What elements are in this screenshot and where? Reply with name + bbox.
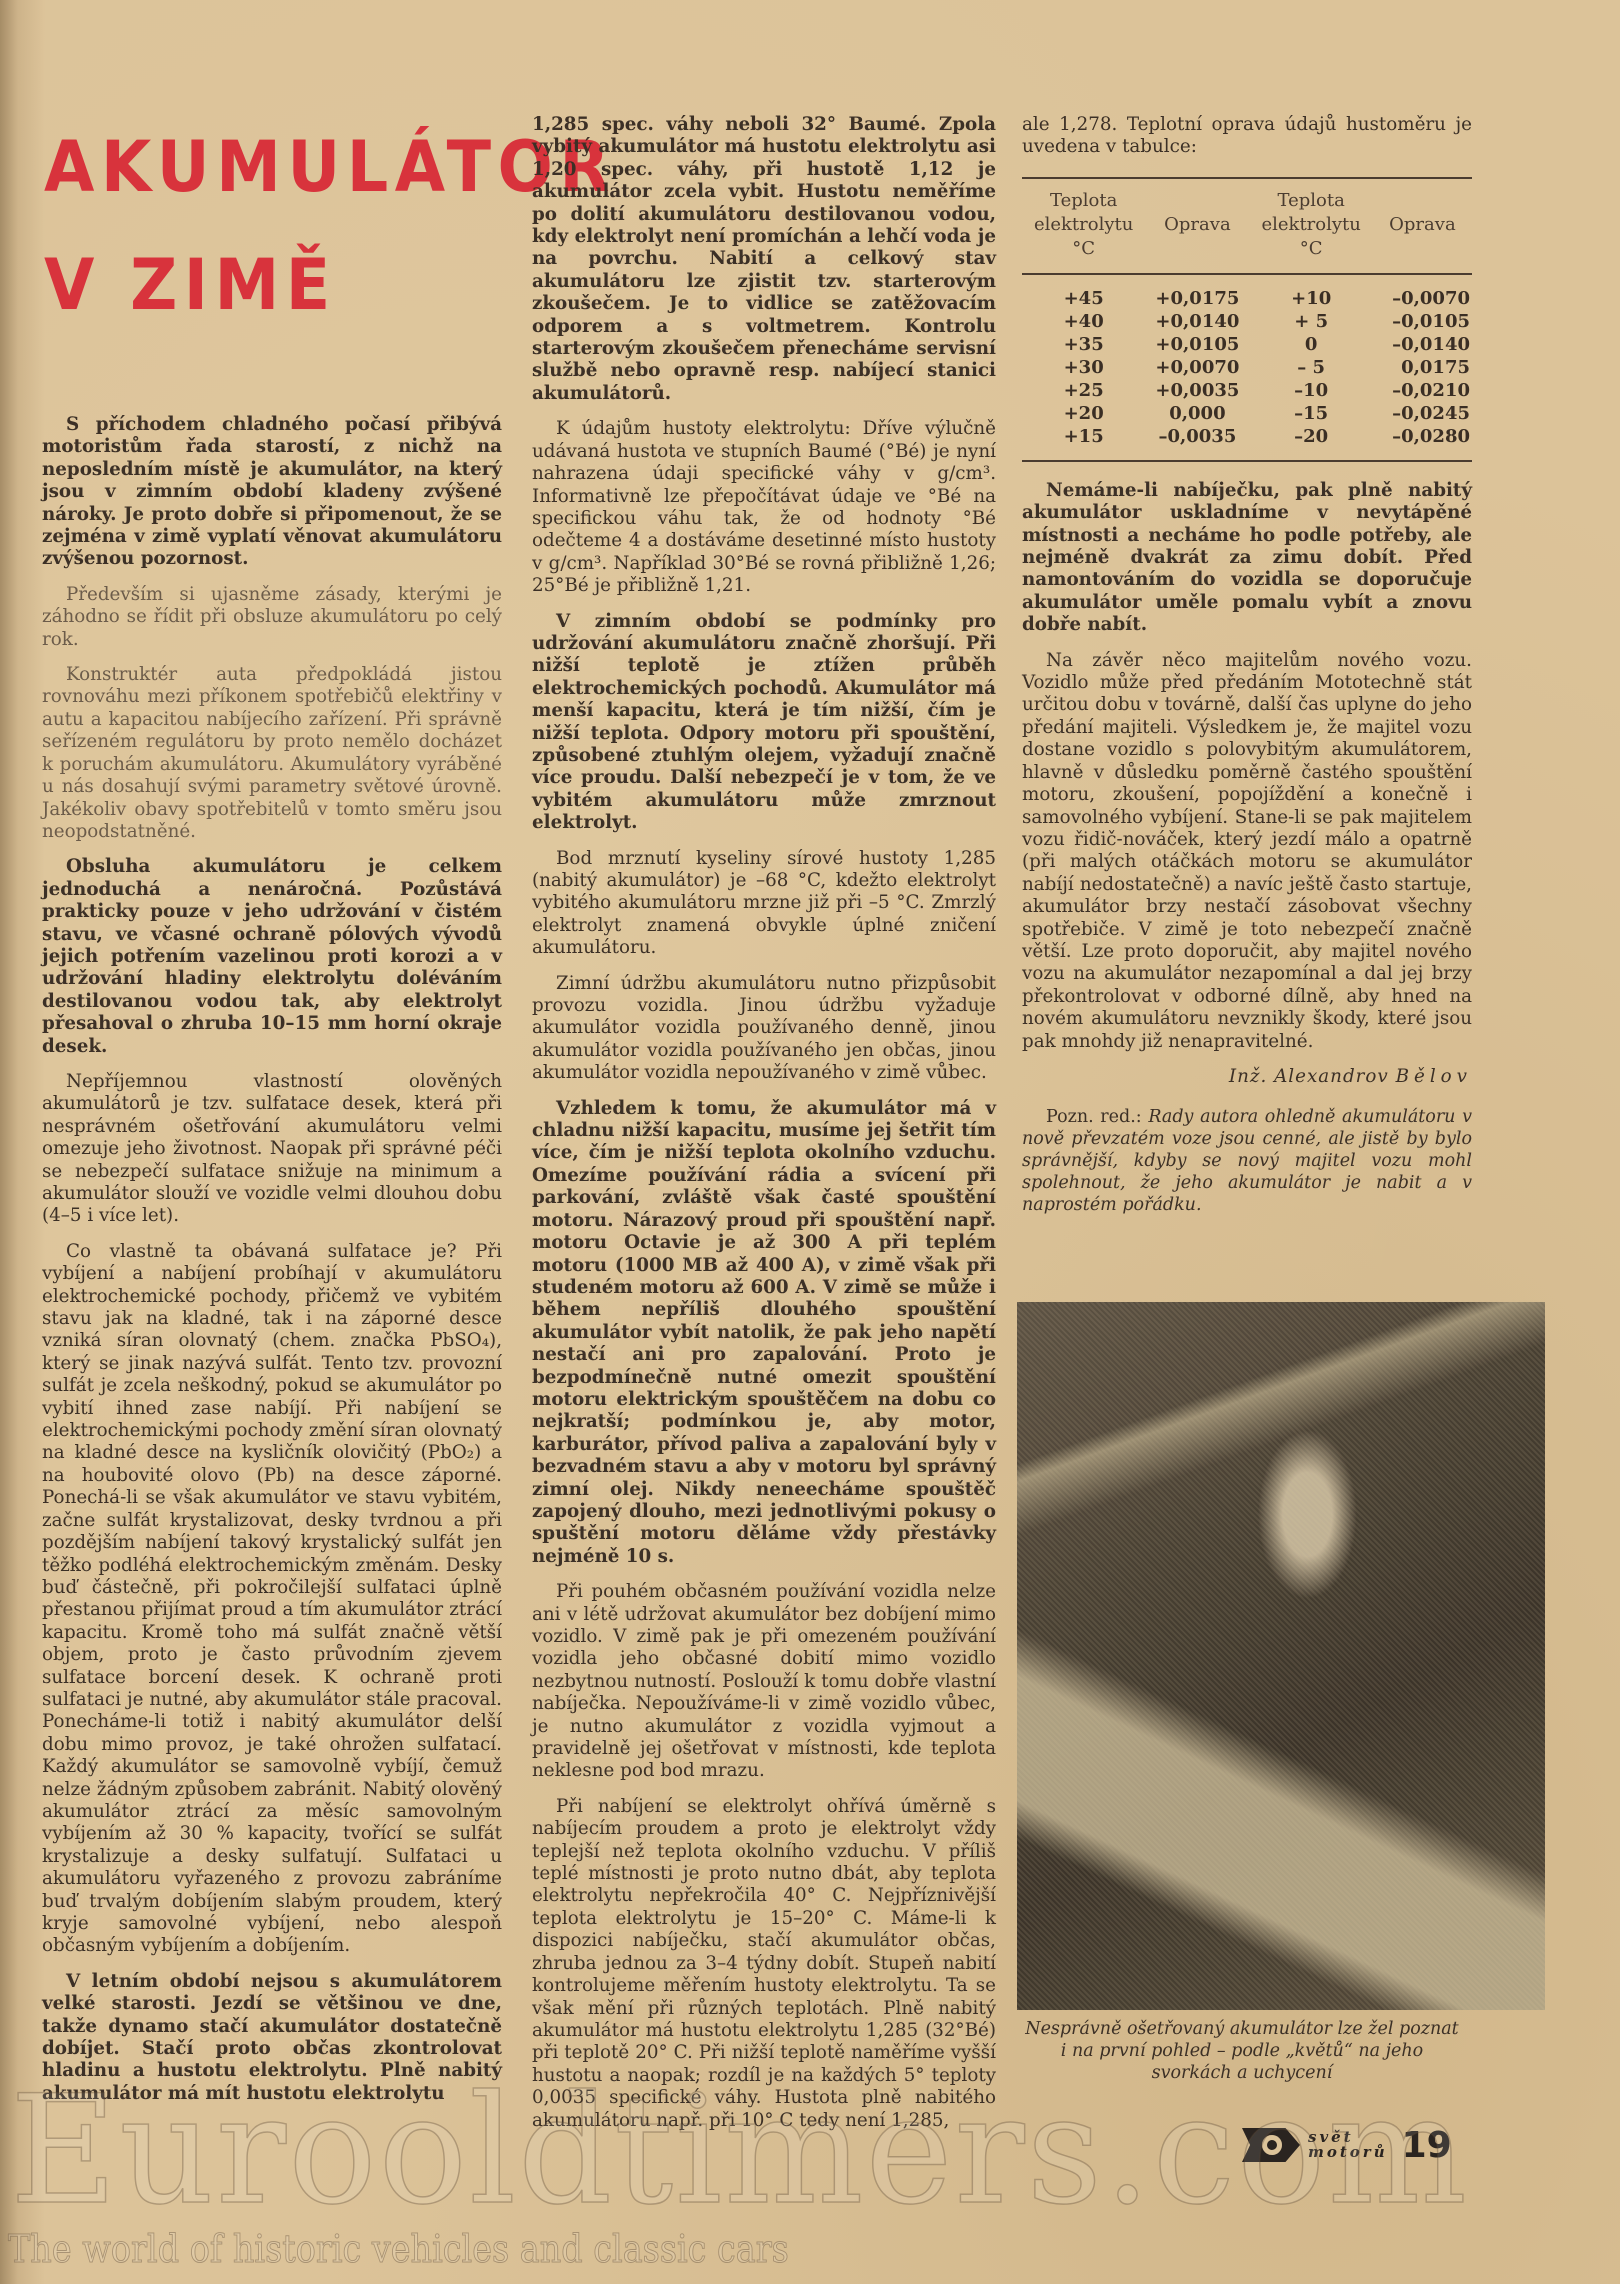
paragraph: Nepříjemnou vlastností olověných akumulá… xyxy=(42,1071,502,1228)
cell-temp: –15 xyxy=(1250,402,1373,425)
watermark-tagline: The world of historic vehicles and class… xyxy=(8,2228,789,2270)
table-row: +40 +0,0140 + 5 –0,0105 xyxy=(1022,310,1472,333)
cell-correction: 0,000 xyxy=(1145,402,1249,425)
column-1: S příchodem chladného počasí přibývá mot… xyxy=(42,414,502,2118)
cell-correction: –0,0210 xyxy=(1373,379,1472,402)
paragraph: 1,285 spec. váhy neboli 32° Baumé. Zpola… xyxy=(532,114,996,405)
cell-temp: –20 xyxy=(1250,425,1373,461)
paragraph: Nemáme-li nabíječku, pak plně nabitý aku… xyxy=(1022,480,1472,637)
column-3: ale 1,278. Teplotní oprava údajů hustomě… xyxy=(1022,114,1472,1229)
cell-correction: +0,0175 xyxy=(1145,274,1249,310)
cell-temp: +30 xyxy=(1022,356,1145,379)
article-title: AKUMULÁTOR V ZIMĚ xyxy=(44,108,616,344)
cell-temp: – 5 xyxy=(1250,356,1373,379)
paragraph: Při pouhém občasném používání vozidla ne… xyxy=(532,1581,996,1783)
cell-temp: +15 xyxy=(1022,425,1145,461)
cell-temp: +20 xyxy=(1022,402,1145,425)
cell-correction: 0,0175 xyxy=(1373,356,1472,379)
table-row: +45 +0,0175 +10 –0,0070 xyxy=(1022,274,1472,310)
header-temp-2: Teplota elektrolytu °C xyxy=(1250,178,1373,274)
header-correction-1: Oprava xyxy=(1145,178,1249,274)
cell-correction: +0,0105 xyxy=(1145,333,1249,356)
table-row: +30 +0,0070 – 5 0,0175 xyxy=(1022,356,1472,379)
cell-temp: +40 xyxy=(1022,310,1145,333)
watermark-site: Eurooldtimers.com xyxy=(10,2076,1469,2226)
paragraph: Na závěr něco majitelům nového vozu. Voz… xyxy=(1022,650,1472,1053)
cell-temp: +35 xyxy=(1022,333,1145,356)
column-2: 1,285 spec. váhy neboli 32° Baumé. Zpola… xyxy=(532,114,996,2145)
paragraph: Především si ujasněme zásady, kterými je… xyxy=(42,584,502,651)
table-row: +15 –0,0035 –20 –0,0280 xyxy=(1022,425,1472,461)
header-correction-2: Oprava xyxy=(1373,178,1472,274)
header-temp-1: Teplota elektrolytu °C xyxy=(1022,178,1145,274)
cell-correction: +0,0140 xyxy=(1145,310,1249,333)
editor-note: Pozn. red.: Rady autora ohledně akumulát… xyxy=(1022,1106,1472,1216)
paragraph: K údajům hustoty elektrolytu: Dříve výlu… xyxy=(532,418,996,597)
table-row: +25 +0,0035 –10 –0,0210 xyxy=(1022,379,1472,402)
cell-temp: –10 xyxy=(1250,379,1373,402)
cell-correction: –0,0140 xyxy=(1373,333,1472,356)
table-header-row: Teplota elektrolytu °C Oprava Teplota el… xyxy=(1022,178,1472,274)
temperature-correction-table: Teplota elektrolytu °C Oprava Teplota el… xyxy=(1022,177,1472,462)
paragraph: Vzhledem k tomu, že akumulátor má v chla… xyxy=(532,1098,996,1569)
cell-correction: –0,0105 xyxy=(1373,310,1472,333)
title-line-1: AKUMULÁTOR xyxy=(44,108,616,226)
author-signature: Inž. Alexandrov Bělov xyxy=(1022,1066,1472,1088)
table-row: +35 +0,0105 0 –0,0140 xyxy=(1022,333,1472,356)
table-row: +20 0,000 –15 –0,0245 xyxy=(1022,402,1472,425)
cell-correction: –0,0035 xyxy=(1145,425,1249,461)
cell-correction: –0,0280 xyxy=(1373,425,1472,461)
paragraph: Obsluha akumulátoru je celkem jednoduchá… xyxy=(42,856,502,1058)
cell-temp: +45 xyxy=(1022,274,1145,310)
cell-correction: –0,0245 xyxy=(1373,402,1472,425)
photo-corroded-battery xyxy=(1017,1302,1545,2010)
magazine-page: AKUMULÁTOR V ZIMĚ S příchodem chladného … xyxy=(0,0,1620,2284)
cell-temp: 0 xyxy=(1250,333,1373,356)
cell-correction: +0,0070 xyxy=(1145,356,1249,379)
cell-correction: +0,0035 xyxy=(1145,379,1249,402)
paragraph: Co vlastně ta obávaná sulfatace je? Při … xyxy=(42,1241,502,1958)
cell-temp: + 5 xyxy=(1250,310,1373,333)
cell-temp: +10 xyxy=(1250,274,1373,310)
paragraph: V zimním období se podmínky pro udržován… xyxy=(532,611,996,835)
paragraph-intro: S příchodem chladného počasí přibývá mot… xyxy=(42,414,502,571)
cell-correction: –0,0070 xyxy=(1373,274,1472,310)
paragraph: Konstruktér auta předpokládá jistou rovn… xyxy=(42,664,502,843)
paragraph: Zimní údržbu akumulátoru nutno přizpůsob… xyxy=(532,973,996,1085)
title-line-2: V ZIMĚ xyxy=(44,226,616,344)
table-intro: ale 1,278. Teplotní oprava údajů hustomě… xyxy=(1022,114,1472,159)
paragraph: Bod mrznutí kyseliny sírové hustoty 1,28… xyxy=(532,848,996,960)
cell-temp: +25 xyxy=(1022,379,1145,402)
